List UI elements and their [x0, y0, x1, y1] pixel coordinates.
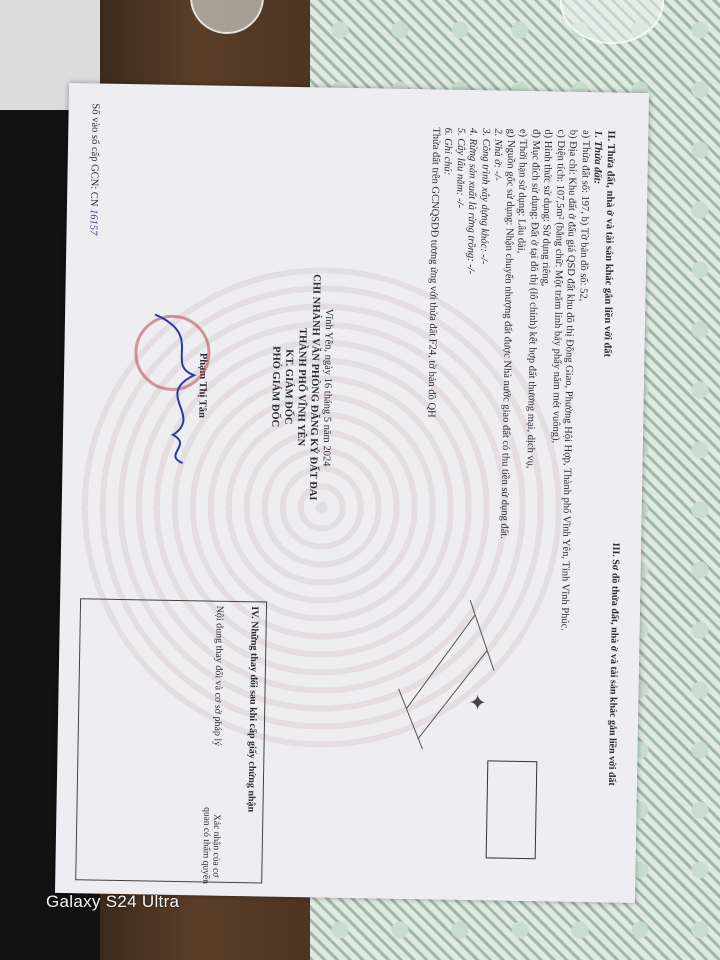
camera-watermark: Galaxy S24 Ultra — [46, 892, 179, 912]
signature-block: Vĩnh Yên, ngày 16 tháng 5 năm 2024 CHI N… — [194, 255, 337, 517]
section-iv-table — [75, 598, 267, 883]
registry-number: Số vào sổ cấp GCN: CN 16157 — [85, 103, 101, 403]
land-certificate-page: Số vào sổ cấp GCN: CN 16157 II. Thửa đất… — [55, 83, 649, 903]
signature-scribble — [142, 304, 215, 465]
section-iv-col-confirm: Xác nhận của cơ quan có thẩm quyền — [200, 805, 221, 885]
north-arrow-icon: ✦ — [468, 690, 487, 716]
edge-length-table — [486, 760, 538, 859]
parcel-diagram — [358, 588, 501, 750]
